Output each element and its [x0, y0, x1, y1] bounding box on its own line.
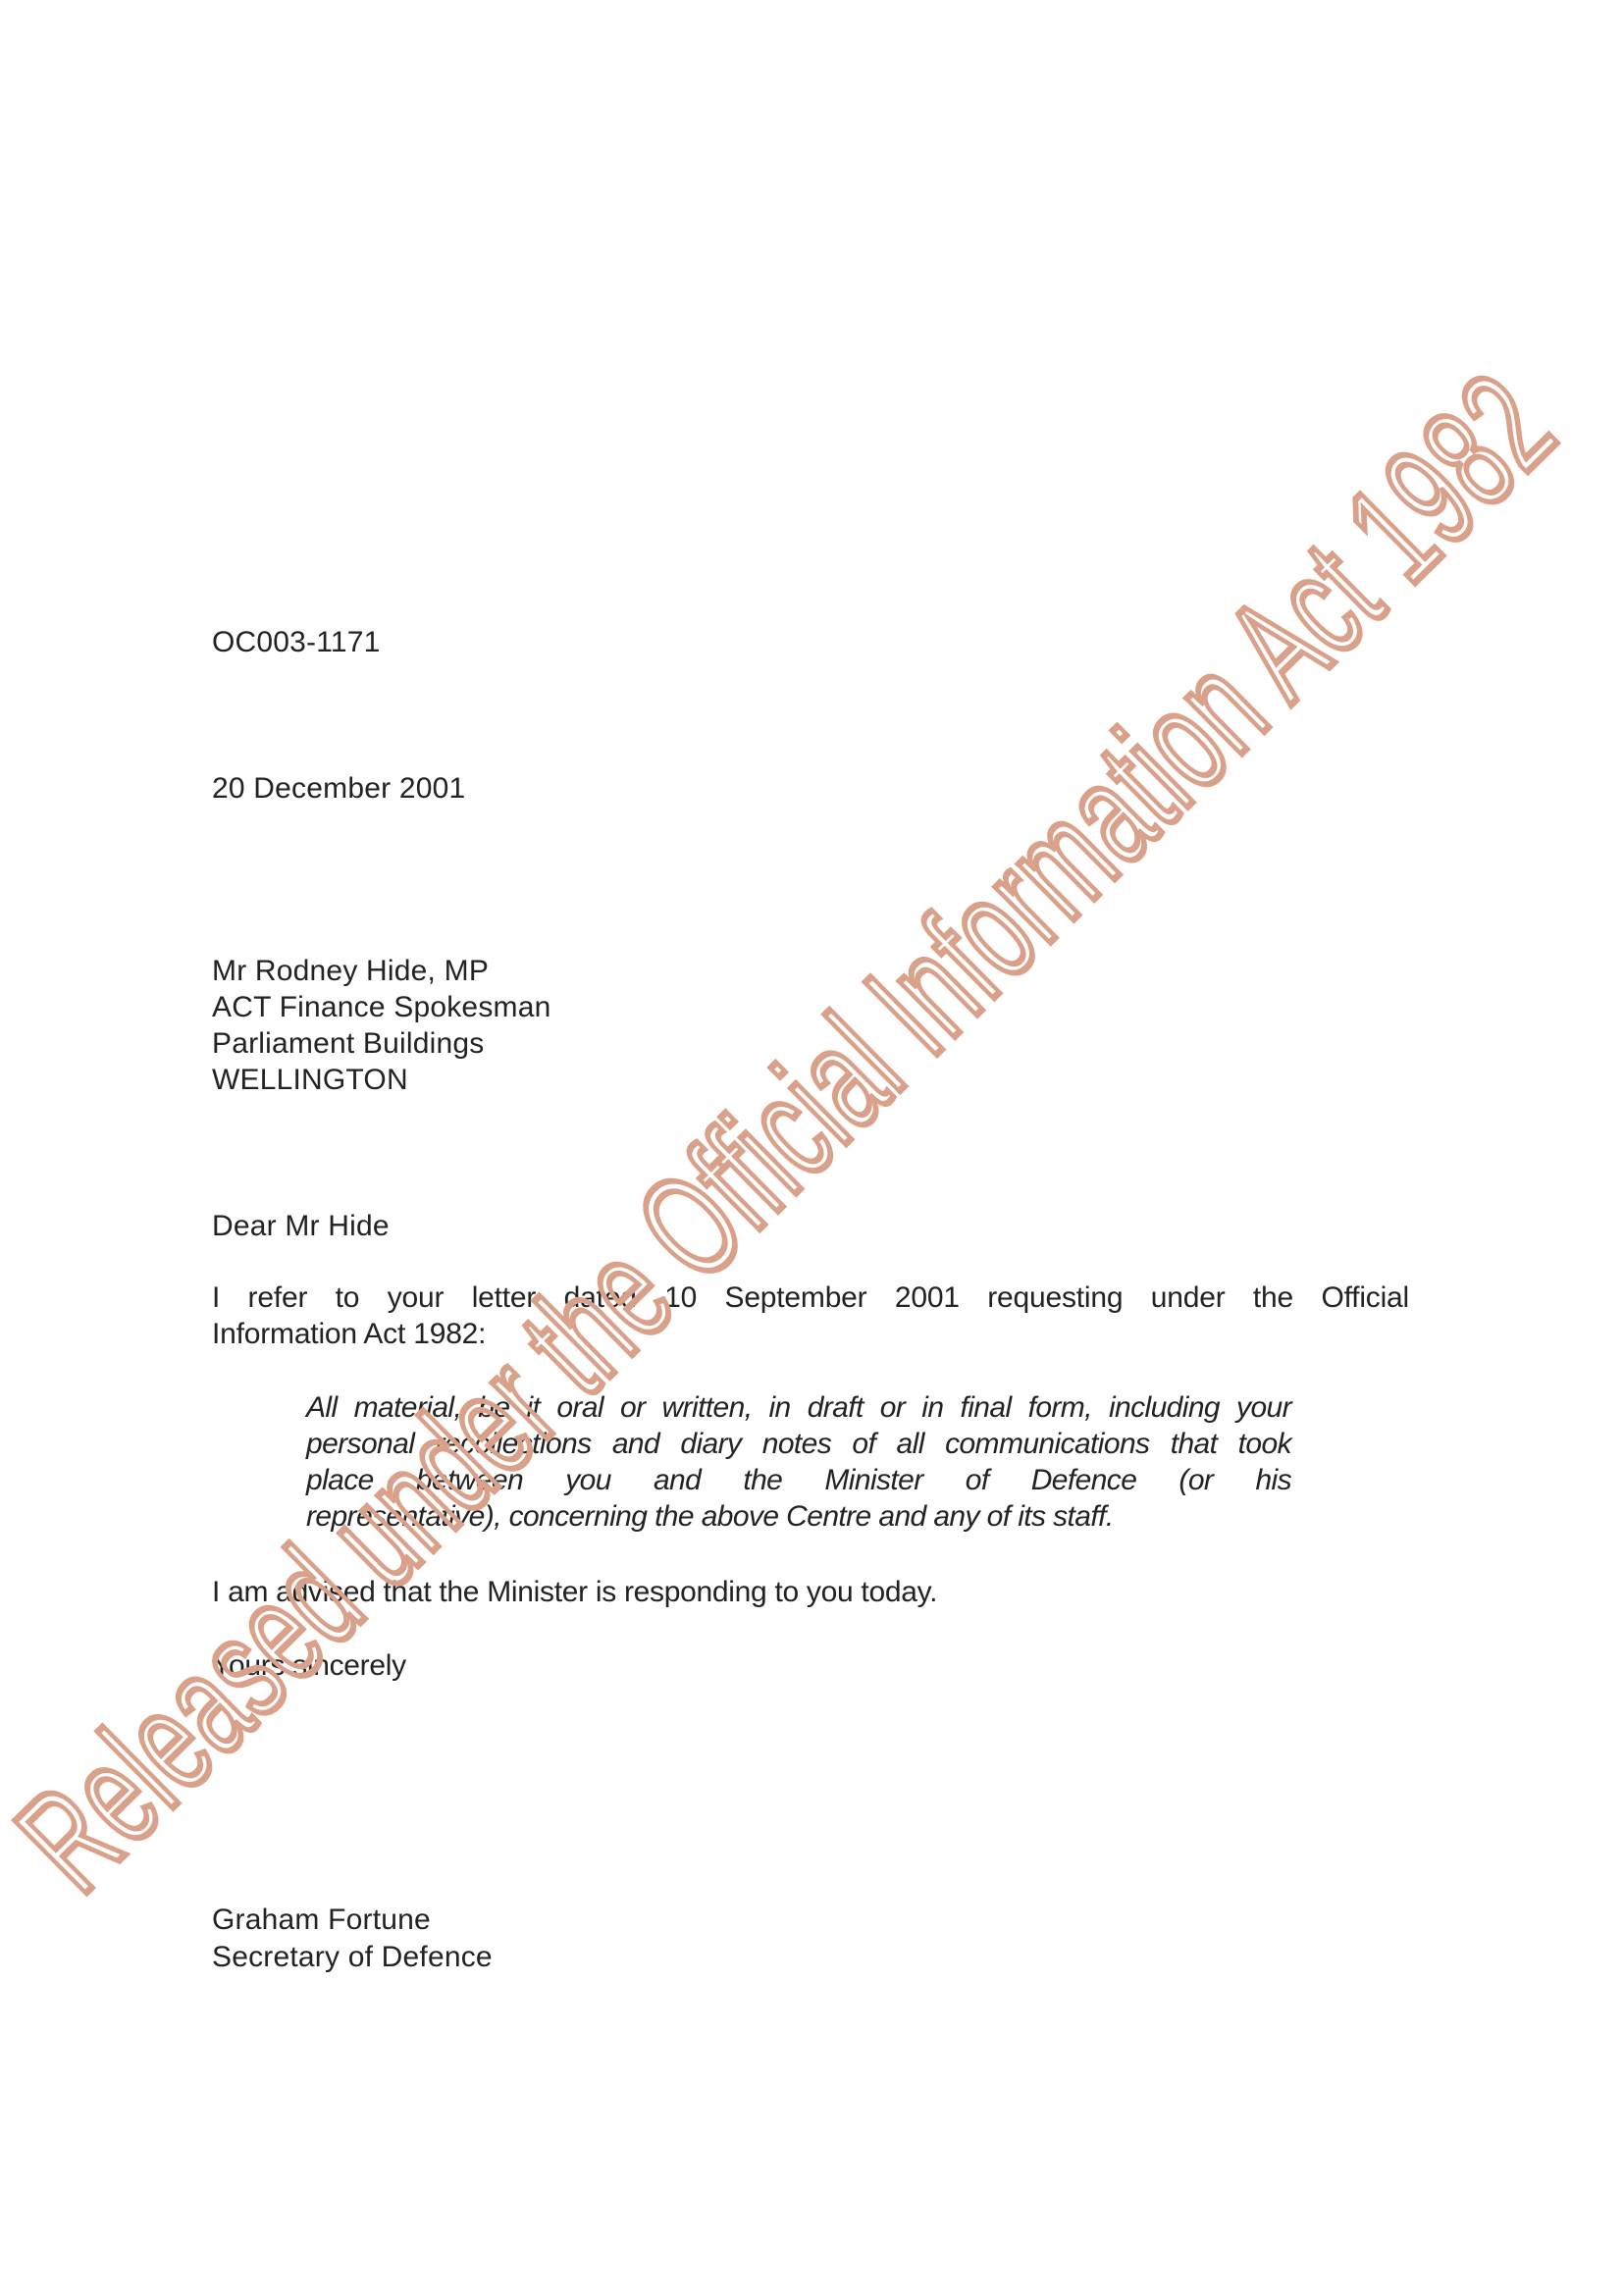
- opening-paragraph-line-1: I refer to your letter dated 10 Septembe…: [212, 1279, 1409, 1316]
- closing: Yours sincerely: [212, 1647, 406, 1684]
- reference-number: OC003-1171: [212, 624, 381, 660]
- quoted-request-line: representative), concerning the above Ce…: [306, 1498, 1291, 1535]
- opening-paragraph: I refer to your letter dated 10 Septembe…: [212, 1279, 1409, 1352]
- letter-page: OC003-1171 20 December 2001 Mr Rodney Hi…: [0, 0, 1623, 2296]
- response-paragraph: I am advised that the Minister is respon…: [212, 1574, 937, 1610]
- recipient-city: WELLINGTON: [212, 1062, 550, 1098]
- quoted-request-line: personal recollections and diary notes o…: [306, 1426, 1291, 1462]
- recipient-address: Mr Rodney Hide, MP ACT Finance Spokesman…: [212, 953, 550, 1098]
- salutation: Dear Mr Hide: [212, 1208, 390, 1244]
- watermark-text: Released under the Official Information …: [0, 343, 1584, 1921]
- opening-paragraph-line-2: Information Act 1982:: [212, 1318, 486, 1350]
- signatory-name: Graham Fortune: [212, 1902, 431, 1938]
- recipient-position: ACT Finance Spokesman: [212, 989, 550, 1025]
- quoted-request-line: place between you and the Minister of De…: [306, 1462, 1291, 1498]
- recipient-building: Parliament Buildings: [212, 1025, 550, 1062]
- recipient-name: Mr Rodney Hide, MP: [212, 953, 550, 989]
- letter-date: 20 December 2001: [212, 770, 465, 807]
- quoted-request-line: All material, be it oral or written, in …: [306, 1389, 1291, 1426]
- quoted-request: All material, be it oral or written, in …: [306, 1389, 1291, 1535]
- signatory-title: Secretary of Defence: [212, 1939, 493, 1975]
